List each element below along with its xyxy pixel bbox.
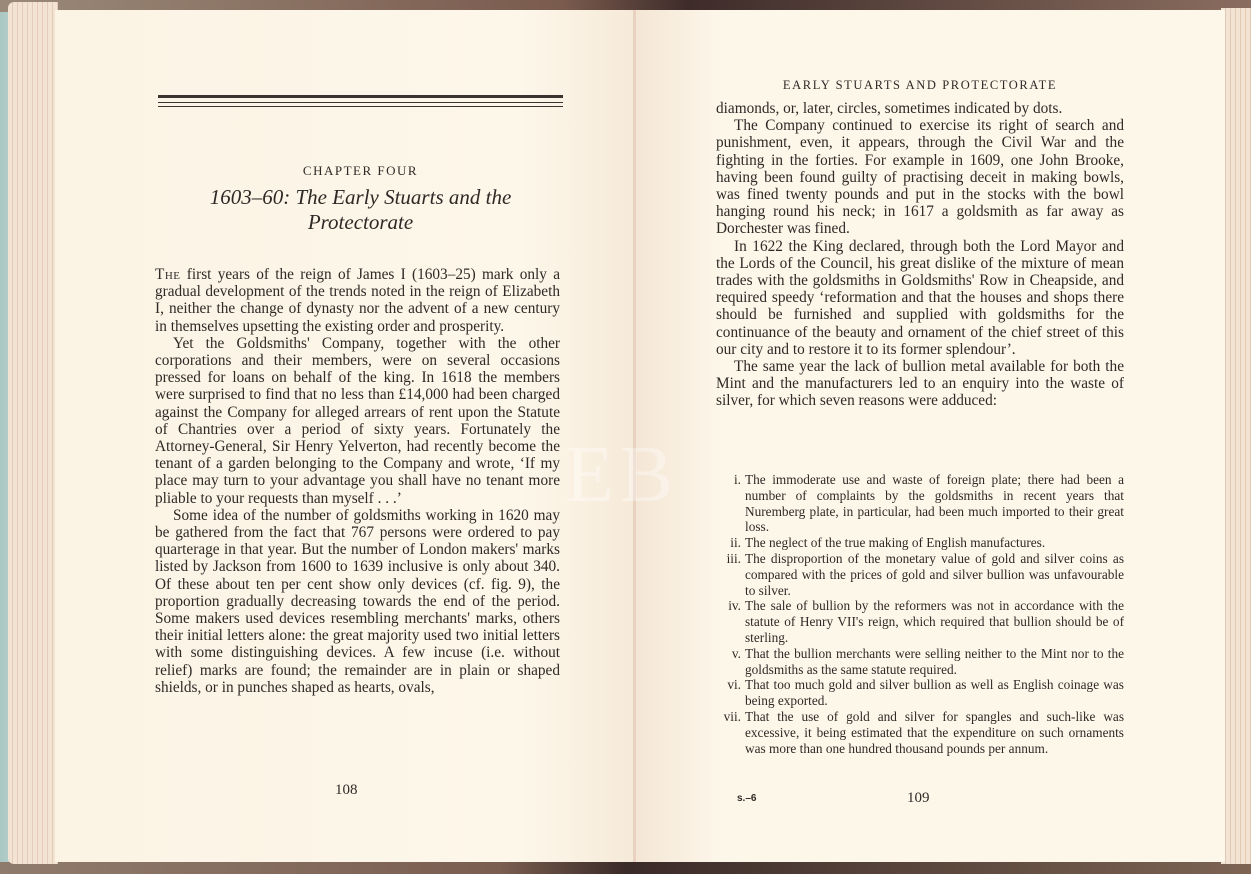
list-item: iii.The disproportion of the monetary va… — [716, 551, 1124, 598]
paragraph: The Company continued to exercise its ri… — [716, 117, 1124, 237]
chapter-title-line: Protectorate — [158, 210, 563, 235]
paragraph: Yet the Goldsmiths' Company, together wi… — [155, 335, 560, 507]
paragraph: Some idea of the number of goldsmiths wo… — [155, 507, 560, 696]
chapter-rule-thin — [158, 102, 563, 103]
paragraph: The first years of the reign of James I … — [155, 266, 560, 335]
list-item: iv.The sale of bullion by the reformers … — [716, 598, 1124, 645]
list-item: i.The immoderate use and waste of foreig… — [716, 472, 1124, 535]
chapter-title: 1603–60: The Early Stuarts and the Prote… — [158, 185, 563, 235]
page-edges-right — [1221, 8, 1251, 864]
background-bottom — [0, 862, 1251, 874]
page-number: 109 — [907, 790, 930, 807]
paragraph: The same year the lack of bullion metal … — [716, 358, 1124, 410]
list-item: v.That the bullion merchants were sellin… — [716, 646, 1124, 678]
watermark: EB — [565, 430, 679, 521]
list-item: vii.That the use of gold and silver for … — [716, 709, 1124, 756]
paragraph: diamonds, or, later, circles, sometimes … — [716, 100, 1124, 117]
paragraph-lead: The — [155, 266, 181, 283]
chapter-rule-thin — [158, 106, 563, 107]
paragraph: In 1622 the King declared, through both … — [716, 238, 1124, 358]
list-item: vi.That too much gold and silver bullion… — [716, 677, 1124, 709]
reasons-list: i.The immoderate use and waste of foreig… — [716, 472, 1124, 756]
left-body-text: The first years of the reign of James I … — [155, 266, 560, 696]
signature-mark: s.–6 — [737, 793, 756, 804]
running-head: EARLY STUARTS AND PROTECTORATE — [716, 78, 1124, 93]
list-item: ii.The neglect of the true making of Eng… — [716, 535, 1124, 551]
chapter-title-line: 1603–60: The Early Stuarts and the — [158, 185, 563, 210]
right-body-text: diamonds, or, later, circles, sometimes … — [716, 100, 1124, 410]
page-number: 108 — [335, 782, 358, 799]
chapter-rule-thick — [158, 95, 563, 98]
page-edges-left — [8, 2, 58, 864]
chapter-label: CHAPTER FOUR — [158, 163, 563, 179]
